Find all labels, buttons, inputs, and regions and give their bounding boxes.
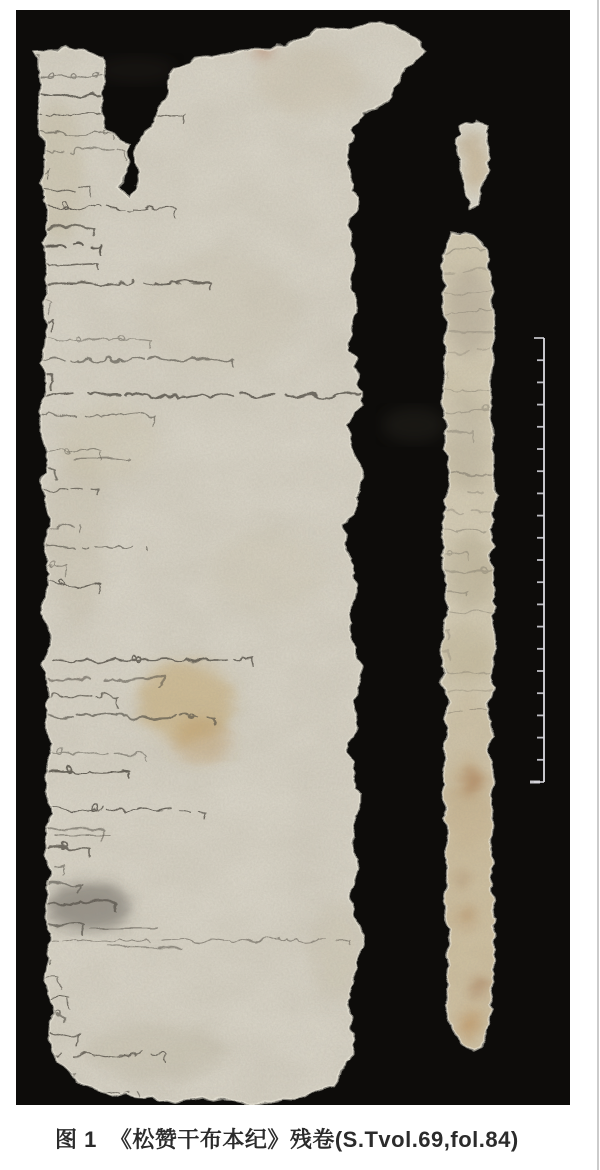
- figure-caption-text: 《松赞干布本纪》残卷(S.Tvol.69,fol.84): [110, 1127, 519, 1152]
- article-page: 图 1《松赞干布本纪》残卷(S.Tvol.69,fol.84): [0, 0, 600, 1170]
- page-right-edge-line: [597, 0, 599, 1170]
- manuscript-photo-canvas: [16, 10, 570, 1105]
- manuscript-photo: [16, 10, 570, 1105]
- figure-caption: 图 1《松赞干布本纪》残卷(S.Tvol.69,fol.84): [55, 1126, 519, 1154]
- figure-caption-label: 图 1: [55, 1127, 97, 1152]
